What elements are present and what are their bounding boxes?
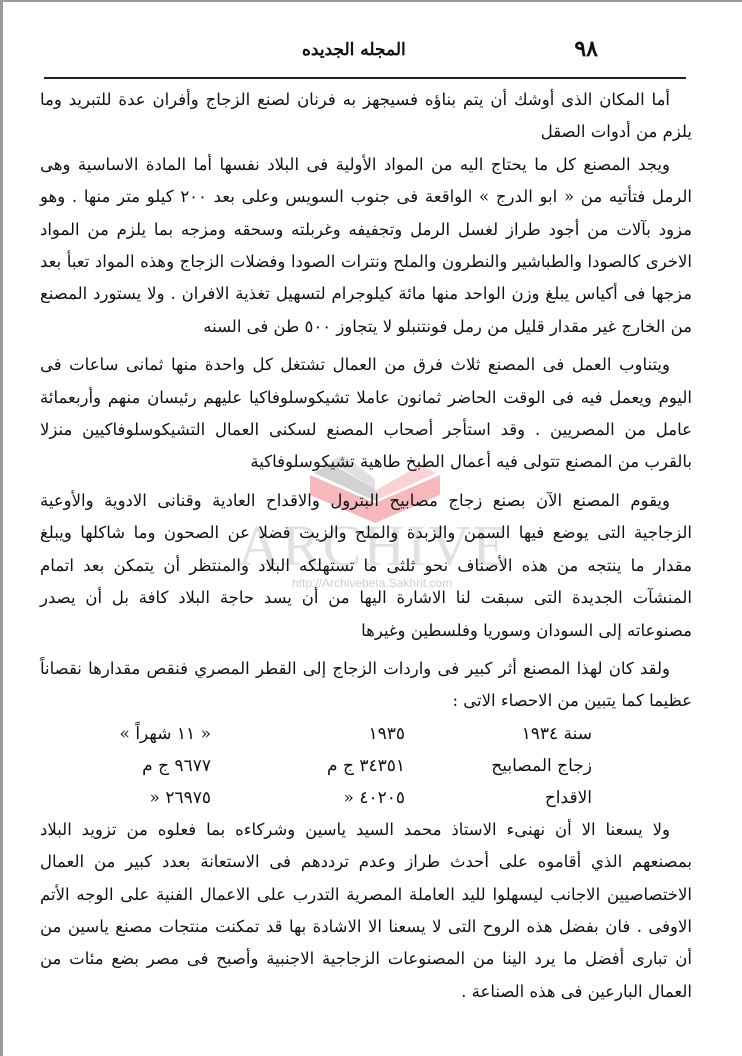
stats-value-11-months: ٢٦٩٧٥ « [81,782,211,814]
paragraph-5: ولقد كان لهذا المصنع أثر كبير فى واردات … [40,653,692,718]
stats-header-row: سنة ١٩٣٤ ١٩٣٥ « ١١ شهراً » [40,718,692,750]
import-statistics-table: سنة ١٩٣٤ ١٩٣٥ « ١١ شهراً » زجاج المصابيح… [40,718,692,814]
stats-value-1935: ٤٠٢٠٥ « [255,782,405,814]
paragraph-6: ولا يسعنا الا أن نهنىء الاستاذ محمد السي… [40,814,692,1008]
stats-header-11-months: « ١١ شهراً » [81,718,211,750]
stats-row-cups: الاقداح ٤٠٢٠٥ « ٢٦٩٧٥ « [40,782,692,814]
article-body: أما المكان الذى أوشك أن يتم بناؤه فسيجهز… [40,84,692,1008]
paragraph-1: أما المكان الذى أوشك أن يتم بناؤه فسيجهز… [40,84,692,149]
stats-label: زجاج المصابيح [447,750,592,782]
stats-header-year-1935: ١٩٣٥ [255,718,405,750]
stats-value-1935: ٣٤٣٥١ ج م [255,750,405,782]
page-number: ٩٨ [574,36,598,62]
paragraph-3: ويتناوب العمل فى المصنع ثلاث فرق من العم… [40,349,692,479]
paragraph-4: ويقوم المصنع الآن بصنع زجاج مصابيح البتر… [40,485,692,647]
journal-title: المجله الجديده [302,40,406,60]
paragraph-2: ويجد المصنع كل ما يحتاج اليه من المواد ا… [40,149,692,343]
stats-header-year-1934: سنة ١٩٣٤ [447,718,592,750]
stats-row-lamp-glass: زجاج المصابيح ٣٤٣٥١ ج م ٩٦٧٧ ج م [40,750,692,782]
stats-label: الاقداح [447,782,592,814]
header-rule [44,77,686,79]
page-header: ٩٨ المجله الجديده [44,30,686,76]
stats-value-11-months: ٩٦٧٧ ج م [81,750,211,782]
